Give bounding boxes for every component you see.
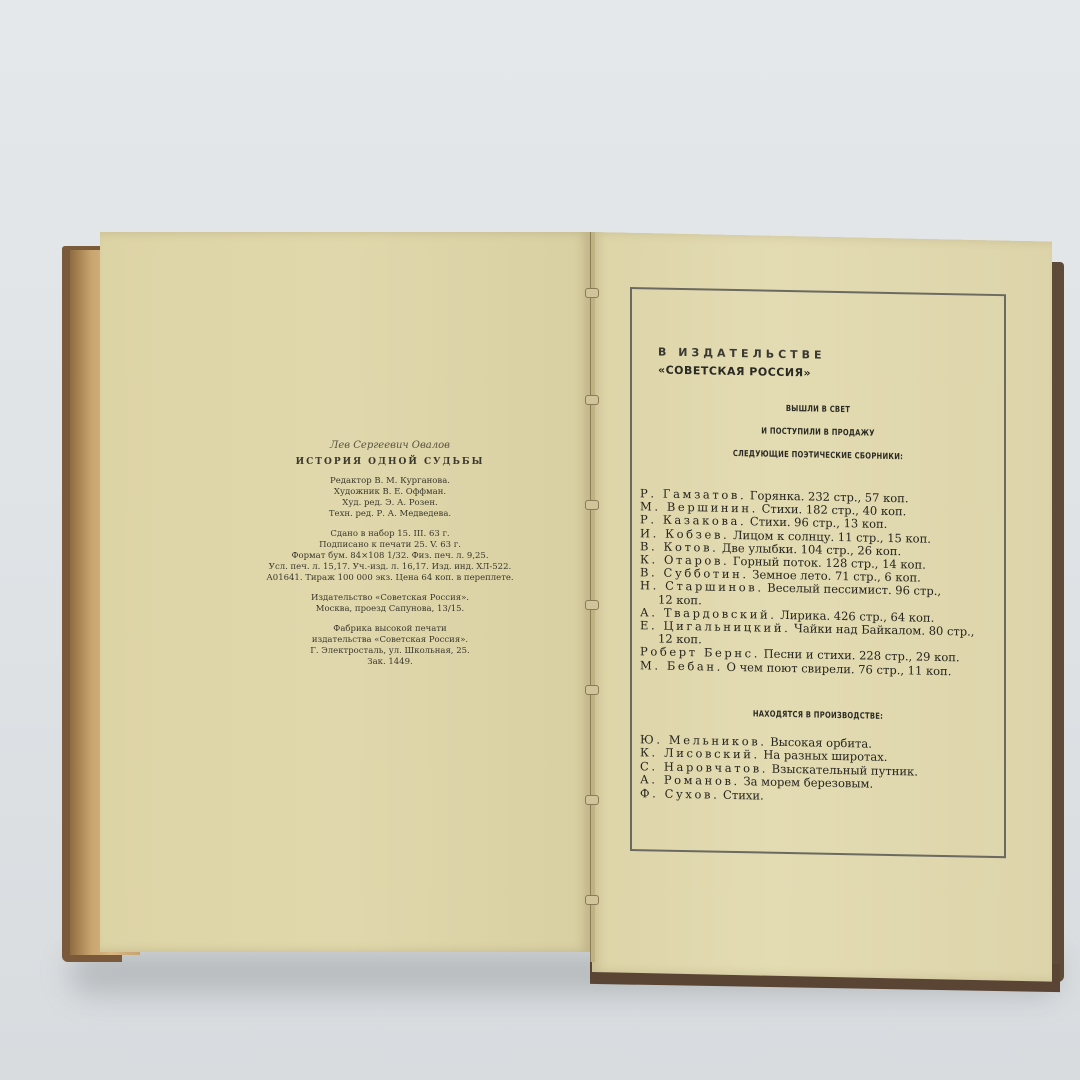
binding-stitch: [585, 895, 599, 905]
production-books-list: Ю. Мельников. Высокая орбита. К. Лисовск…: [640, 733, 985, 807]
spine-binding: [590, 232, 595, 962]
released-books-list: Р. Гамзатов. Горянка. 232 стр., 57 коп. …: [640, 487, 985, 678]
tech-line: Сдано в набор 15. III. 63 г.: [240, 529, 540, 540]
technical-details: Сдано в набор 15. III. 63 г. Подписано к…: [240, 529, 540, 584]
released-heading-2: И ПОСТУПИЛИ В ПРОДАЖУ: [669, 425, 967, 441]
credit-line: Редактор В. М. Курганова.: [240, 476, 540, 487]
tech-line: Формат бум. 84×108 1/32. Физ. печ. л. 9,…: [240, 551, 540, 562]
publisher-line: Издательство «Советская Россия».: [240, 593, 540, 604]
binding-stitch: [585, 795, 599, 805]
released-heading-3: СЛЕДУЮЩИЕ ПОЭТИЧЕСКИЕ СБОРНИКИ:: [669, 448, 967, 464]
printer-line: издательства «Советская Россия».: [240, 635, 540, 646]
binding-stitch: [585, 600, 599, 610]
publisher-label: В ИЗДАТЕЛЬСТВЕ: [658, 346, 826, 362]
tech-line: Подписано к печати 25. V. 63 г.: [240, 540, 540, 551]
publisher-info: Издательство «Советская Россия». Москва,…: [240, 593, 540, 615]
printer-info: Фабрика высокой печати издательства «Сов…: [240, 624, 540, 668]
credit-line: Техн. ред. Р. А. Медведева.: [240, 509, 540, 520]
binding-stitch: [585, 288, 599, 298]
binding-stitch: [585, 685, 599, 695]
binding-stitch: [585, 500, 599, 510]
released-heading-1: ВЫШЛИ В СВЕТ: [669, 402, 967, 418]
book-title: ИСТОРИЯ ОДНОЙ СУДЬБЫ: [240, 457, 540, 468]
credit-line: Художник В. Е. Оффман.: [240, 487, 540, 498]
production-heading: НАХОДЯТСЯ В ПРОИЗВОДСТВЕ:: [669, 708, 967, 724]
publisher-line: Москва, проезд Сапунова, 13/15.: [240, 604, 540, 615]
tech-line: Усл. печ. л. 15,17. Уч.-изд. л. 16,17. И…: [240, 562, 540, 573]
printer-line: Зак. 1449.: [240, 657, 540, 668]
printer-line: Фабрика высокой печати: [240, 624, 540, 635]
imprint-block: Лев Сергеевич Овалов ИСТОРИЯ ОДНОЙ СУДЬБ…: [240, 440, 540, 668]
publisher-advert-box: В ИЗДАТЕЛЬСТВЕ «СОВЕТСКАЯ РОССИЯ» ВЫШЛИ …: [630, 287, 1006, 858]
binding-stitch: [585, 395, 599, 405]
printer-line: Г. Электросталь, ул. Школьная, 25.: [240, 646, 540, 657]
book-author: Лев Сергеевич Овалов: [240, 440, 540, 451]
credits-list: Редактор В. М. Курганова. Художник В. Е.…: [240, 476, 540, 520]
tech-line: А01641. Тираж 100 000 экз. Цена 64 коп. …: [240, 573, 540, 584]
publisher-name: «СОВЕТСКАЯ РОССИЯ»: [658, 364, 811, 380]
credit-line: Худ. ред. Э. А. Розен.: [240, 498, 540, 509]
